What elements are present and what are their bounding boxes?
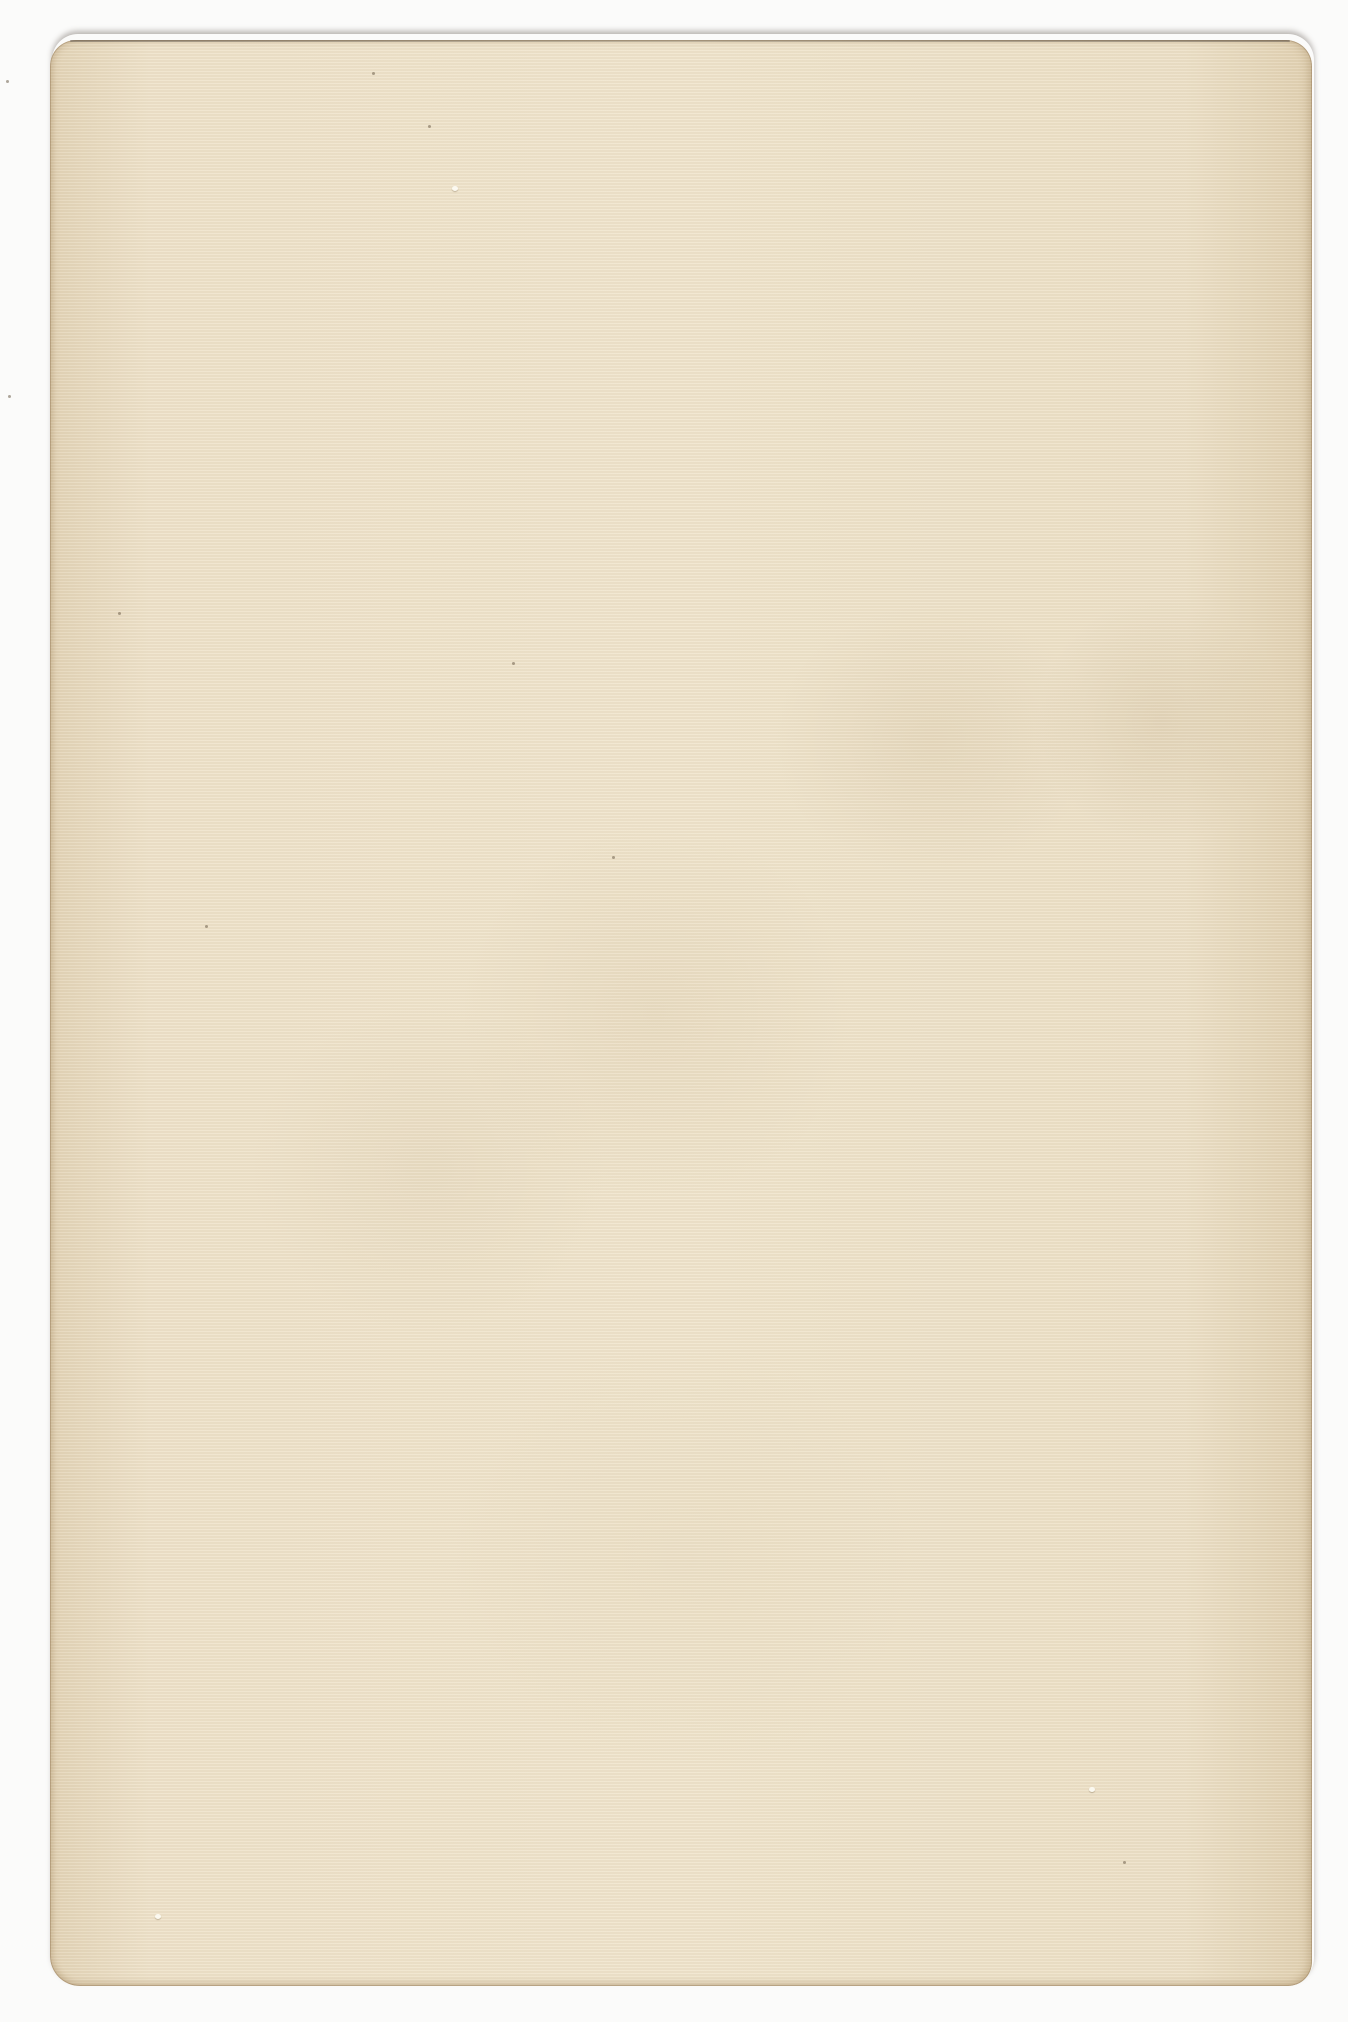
surface-pit xyxy=(452,186,458,191)
surface-speck xyxy=(612,856,615,859)
blank-card-back xyxy=(50,40,1312,1986)
scanner-background xyxy=(0,0,1348,2022)
surface-speck xyxy=(1123,1861,1126,1864)
surface-speck xyxy=(512,662,515,665)
surface-speck xyxy=(428,125,431,128)
surface-speck xyxy=(205,925,208,928)
surface-speck xyxy=(8,395,11,398)
surface-pit xyxy=(1089,1787,1095,1792)
surface-pit xyxy=(155,1914,161,1919)
surface-speck xyxy=(6,80,9,83)
card-top-edge xyxy=(70,40,1290,42)
surface-speck xyxy=(372,72,375,75)
surface-speck xyxy=(118,612,121,615)
